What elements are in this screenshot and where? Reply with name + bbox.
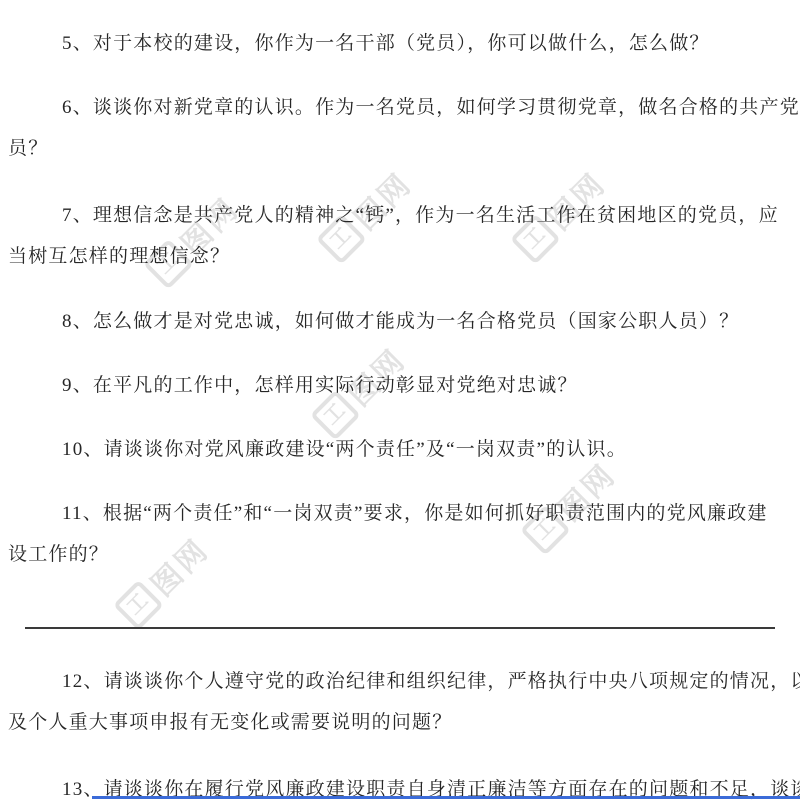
- watermark: 工 图网: [140, 186, 247, 293]
- question-11-line-2: 设工作的？: [8, 544, 796, 566]
- question-12-line-2: 及个人重大事项申报有无变化或需要说明的问题？: [8, 712, 796, 734]
- question-7-line-2: 当树互怎样的理想信念？: [8, 246, 796, 268]
- document-page: 工 图网 工 图网 工 图网 工 图网 工 图网 工 图网 5、对于本校的建设，…: [0, 0, 800, 800]
- question-10-line-1: 10、请谈谈你对党风廉政建设“两个责任”及“一岗双责”的认识。: [8, 439, 800, 461]
- question-6-line-1: 6、谈谈你对新党章的认识。作为一名党员，如何学习贯彻党章，做名合格的共产党: [8, 97, 800, 119]
- page-divider-line: [25, 627, 775, 629]
- watermark: 工 图网: [110, 527, 217, 634]
- question-5-line-1: 5、对于本校的建设，你作为一名干部（党员），你可以做什么，怎么做？: [8, 33, 800, 55]
- question-11-line-1: 11、根据“两个责任”和“一岗双责”要求，你是如何抓好职责范围内的党风廉政建: [8, 503, 800, 525]
- grammar-underline: [92, 796, 800, 799]
- question-12-line-1: 12、请谈谈你个人遵守党的政治纪律和组织纪律，严格执行中央八项规定的情况，以: [8, 671, 800, 693]
- question-6-line-2: 员？: [8, 138, 796, 160]
- question-7-line-1: 7、理想信念是共产党人的精神之“钙”，作为一名生活工作在贫困地区的党员，应: [8, 205, 800, 227]
- question-9-line-1: 9、在平凡的工作中，怎样用实际行动彰显对党绝对忠诚？: [8, 375, 800, 397]
- question-8-line-1: 8、怎么做才是对党忠诚，如何做才能成为一名合格党员（国家公职人员）？: [8, 311, 800, 333]
